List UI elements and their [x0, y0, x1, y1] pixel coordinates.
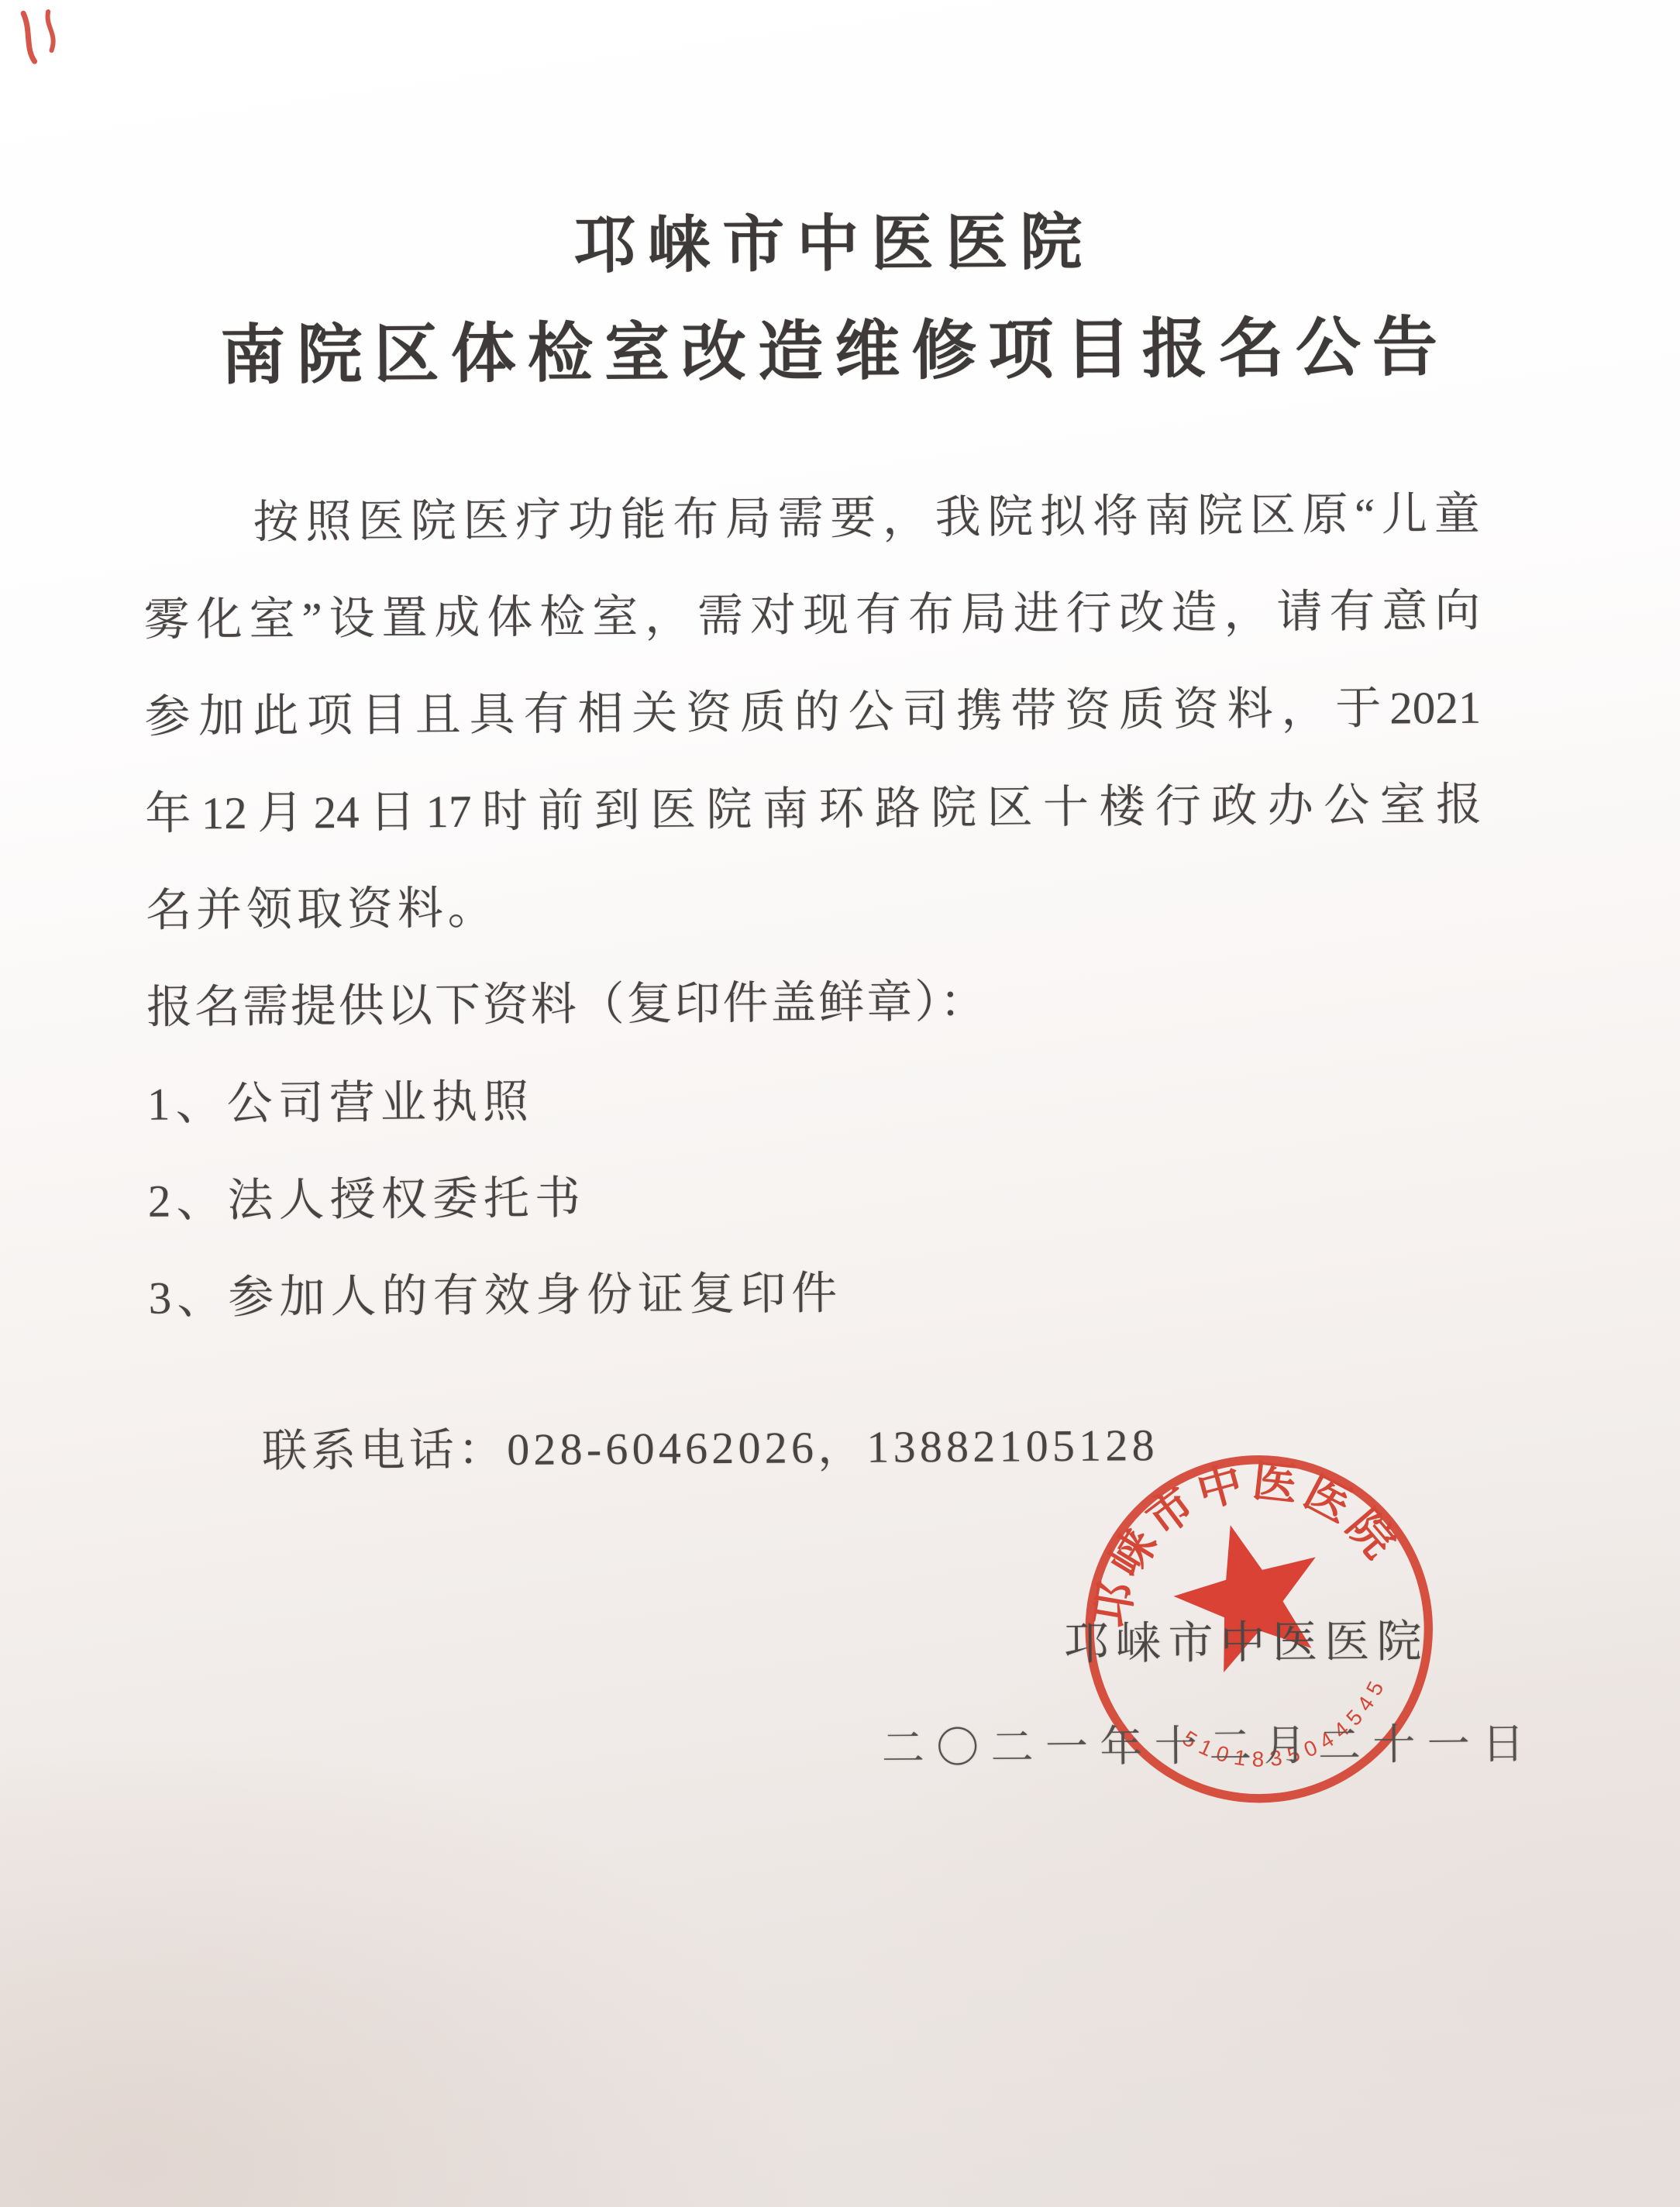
paragraph: 按照医院医疗功能布局需要，我院拟将南院区原“儿童雾化室”设置成体检室，需对现有布… [143, 460, 1482, 954]
paragraph-line: 按照医院医疗功能布局需要，我院拟将南院区原“儿童 [143, 460, 1480, 566]
page-title-line1: 邛崃市中医医院 [0, 188, 1675, 288]
list-item: 3、参加人的有效身份证复印件 [148, 1235, 1485, 1341]
paragraph-line: 雾化室”设置成体检室，需对现有布局进行改造，请有意向 [143, 557, 1481, 663]
signature-date: 二〇二一年十二月二十一日 [882, 1709, 1537, 1775]
page-title-line2: 南院区体检室改造维修项目报名公告 [0, 293, 1675, 398]
list-item: 1、公司营业执照 [147, 1042, 1485, 1148]
red-pen-mark [14, 7, 108, 101]
list-item: 2、法人授权委托书 [147, 1138, 1485, 1245]
body-text-block: 按照医院医疗功能布局需要，我院拟将南院区原“儿童雾化室”设置成体检室，需对现有布… [143, 460, 1485, 1341]
contact-phone-line: 联系电话：028-60462026，13882105128 [262, 1408, 1158, 1479]
paragraph-line: 参加此项目且具有相关资质的公司携带资质资料，于2021 [144, 654, 1482, 760]
scanned-notice-page: 邛崃市中医医院 南院区体检室改造维修项目报名公告 按照医院医疗功能布局需要，我院… [0, 0, 1680, 2207]
paragraph-line: 年12月24日17时前到医院南环路院区十楼行政办公室报 [145, 751, 1482, 857]
requirements-list: 1、公司营业执照2、法人授权委托书3、参加人的有效身份证复印件 [147, 1042, 1486, 1341]
paragraph-line: 名并领取资料。 [146, 848, 1483, 954]
section-heading: 报名需提供以下资料（复印件盖鲜章）： [146, 945, 1484, 1051]
page-content: 邛崃市中医医院 南院区体检室改造维修项目报名公告 按照医院医疗功能布局需要，我院… [0, 0, 1680, 2207]
signature-org-name: 邛崃市中医医院 [1064, 1605, 1430, 1672]
